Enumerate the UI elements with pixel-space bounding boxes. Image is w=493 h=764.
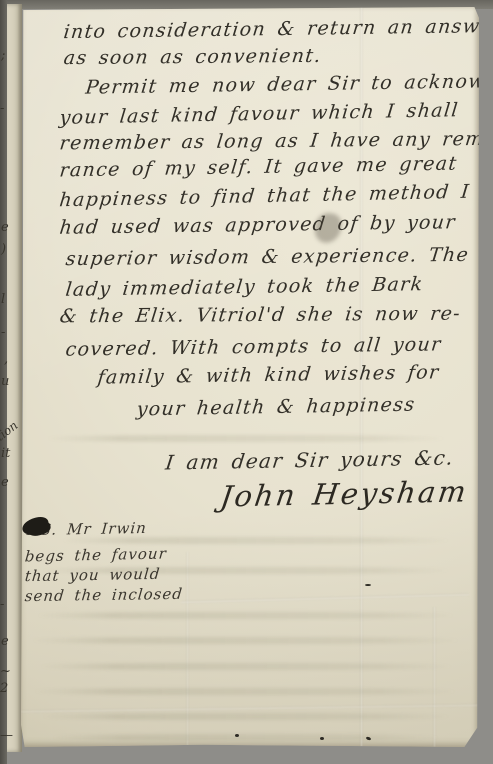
margin-fragment: - [1, 325, 5, 340]
letter-line: your last kind favour which I shall [58, 99, 459, 129]
letter-line: Permit me now dear Sir to acknowledge [84, 69, 493, 98]
ink-showthrough [61, 537, 451, 544]
ink-showthrough [39, 663, 454, 670]
ink-showthrough [41, 713, 451, 720]
ink-speck [365, 584, 371, 586]
ink-speck [320, 737, 324, 740]
margin-fragment: — [0, 728, 11, 743]
letter-line: rance of my self. It gave me great [58, 153, 458, 182]
letter-paper: into consideration & return an answer as… [21, 7, 479, 747]
letter-line: covered. With compts to all your [64, 333, 442, 360]
vertical-fold-crease [186, 552, 189, 747]
margin-fragment: 2 [0, 681, 8, 696]
ink-showthrough [46, 435, 446, 442]
margin-fragment: ~ [0, 664, 11, 679]
ink-showthrough [33, 688, 458, 695]
letter-line: as soon as convenient. [63, 45, 323, 69]
scanned-letter-page: ; - e ) l - , u tion it e - e ~ 2 — into… [0, 0, 493, 764]
margin-fragment: e [1, 475, 9, 490]
letter-line: had used was approved of by your [58, 211, 457, 239]
margin-fragment: u [1, 374, 9, 389]
postscript-line: send the inclosed [24, 585, 184, 605]
margin-fragment: it [1, 446, 10, 461]
ink-showthrough [31, 637, 461, 644]
margin-fragment: e [1, 634, 9, 649]
margin-fragment: l [1, 292, 5, 307]
margin-fragment: ; [1, 48, 5, 63]
letter-line: into consideration & return an answer [62, 15, 493, 43]
ink-showthrough [51, 734, 441, 741]
horizontal-fold-crease [181, 593, 469, 604]
margin-fragment: - [0, 101, 4, 116]
letter-line: happiness to find that the method I [58, 181, 471, 212]
letter-line: lady immediately took the Bark [64, 273, 424, 301]
horizontal-fold-crease [21, 704, 479, 713]
letter-line: superior wisdom & experience. The [65, 244, 471, 270]
postscript-line: that you would [24, 565, 161, 585]
postscript-line: begs the favour [24, 545, 168, 566]
vertical-fold-crease [433, 607, 436, 747]
margin-fragment: - [0, 597, 4, 612]
margin-fragment: e [1, 220, 9, 235]
ink-speck [235, 734, 239, 737]
letter-line: your health & happiness [136, 394, 417, 421]
ink-speck [459, 749, 464, 753]
ink-showthrough [36, 612, 456, 619]
margin-fragment: ) [1, 242, 6, 257]
ink-speck [366, 736, 372, 741]
margin-fragment: , [4, 352, 8, 367]
letter-line: & the Elix. Vitriol'd she is now re- [59, 303, 463, 328]
signature: John Heysham [218, 474, 470, 513]
closing-line: I am dear Sir yours &c. [164, 445, 455, 474]
letter-line: remember as long as I have any rembe- [58, 128, 493, 155]
letter-line: family & with kind wishes for [97, 361, 441, 388]
